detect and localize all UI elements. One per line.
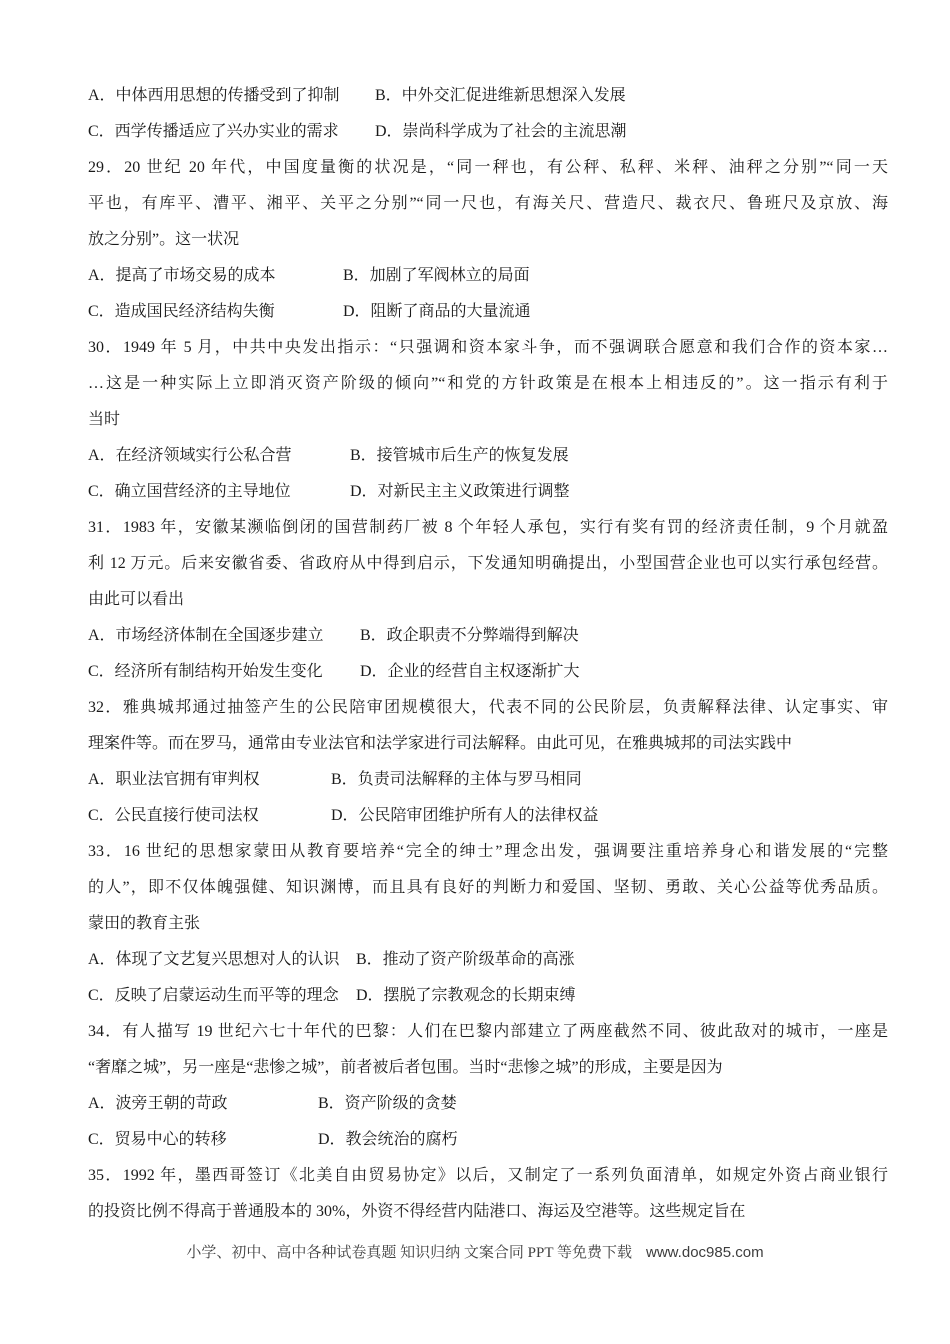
q32-option-a: A．职业法官拥有审判权 — [88, 771, 260, 788]
q28-option-b: B．中外交汇促进维新思想深入发展 — [375, 78, 626, 114]
q32-option-d: D．公民陪审团维护所有人的法律权益 — [331, 798, 599, 834]
q30-option-b: B．接管城市后生产的恢复发展 — [350, 438, 569, 474]
q28-option-a: A．中体西用思想的传播受到了抑制 — [88, 87, 340, 104]
q33-option-a: A．体现了文艺复兴思想对人的认识 — [88, 951, 340, 968]
q34-option-d: D．教会统治的腐朽 — [318, 1122, 458, 1158]
footer-site-url: www.doc985.com — [646, 1244, 764, 1261]
footer-promo-text: 小学、初中、高中各种试卷真题 知识归纳 文案合同 PPT 等免费下载 — [186, 1245, 632, 1261]
q30-option-c: C．确立国营经济的主导地位 — [88, 483, 291, 500]
q28-options-row-ab: A．中体西用思想的传播受到了抑制 B．中外交汇促进维新思想深入发展 — [88, 78, 888, 114]
q33-stem-line-1: 33．16 世纪的思想家蒙田从教育要培养“完全的绅士”理念出发，强调要注重培养身… — [88, 834, 888, 870]
q33-option-b: B．推动了资产阶级革命的高涨 — [356, 942, 575, 978]
q33-options-row-ab: A．体现了文艺复兴思想对人的认识 B．推动了资产阶级革命的高涨 — [88, 942, 888, 978]
q31-option-d: D．企业的经营自主权逐渐扩大 — [360, 654, 580, 690]
q31-options-row-ab: A．市场经济体制在全国逐步建立 B．政企职责不分弊端得到解决 — [88, 618, 888, 654]
q30-options-row-ab: A．在经济领域实行公私合营 B．接管城市后生产的恢复发展 — [88, 438, 888, 474]
q29-options-row-ab: A．提高了市场交易的成本 B．加剧了军阀林立的局面 — [88, 258, 888, 294]
q34-stem-line-1: 34．有人描写 19 世纪六七十年代的巴黎：人们在巴黎内部建立了两座截然不同、彼… — [88, 1014, 888, 1050]
q30-options-row-cd: C．确立国营经济的主导地位 D．对新民主主义政策进行调整 — [88, 474, 888, 510]
q31-stem-line-3: 由此可以看出 — [88, 582, 888, 618]
q29-options-row-cd: C．造成国民经济结构失衡 D．阻断了商品的大量流通 — [88, 294, 888, 330]
q29-stem-line-2: 平也，有库平、漕平、湘平、关平之分别”“同一尺也，有海关尺、营造尺、裁衣尺、鲁班… — [88, 186, 888, 222]
q32-option-c: C．公民直接行使司法权 — [88, 807, 259, 824]
q28-option-c: C．西学传播适应了兴办实业的需求 — [88, 123, 339, 140]
q30-stem-line-2: …这是一种实际上立即消灭资产阶级的倾向”“和党的方针政策是在根本上相违反的”。这… — [88, 366, 888, 402]
q32-stem-line-1: 32．雅典城邦通过抽签产生的公民陪审团规模很大，代表不同的公民阶层，负责解释法律… — [88, 690, 888, 726]
q33-stem-line-2: 的人”，即不仅体魄强健、知识渊博，而且具有良好的判断力和爱国、坚韧、勇敢、关心公… — [88, 870, 888, 906]
q34-options-row-ab: A．波旁王朝的苛政 B．资产阶级的贪婪 — [88, 1086, 888, 1122]
q33-options-row-cd: C．反映了启蒙运动生而平等的理念 D．摆脱了宗教观念的长期束缚 — [88, 978, 888, 1014]
q28-option-d: D．崇尚科学成为了社会的主流思潮 — [375, 114, 627, 150]
q35-stem-line-1: 35．1992 年，墨西哥签订《北美自由贸易协定》以后，又制定了一系列负面清单，… — [88, 1158, 888, 1194]
q29-stem-line-1: 29．20 世纪 20 年代，中国度量衡的状况是，“同一秤也，有公秤、私秤、米秤… — [88, 150, 888, 186]
q34-option-c: C．贸易中心的转移 — [88, 1131, 227, 1148]
q31-option-a: A．市场经济体制在全国逐步建立 — [88, 627, 324, 644]
q34-option-b: B．资产阶级的贪婪 — [318, 1086, 457, 1122]
q30-option-a: A．在经济领域实行公私合营 — [88, 447, 292, 464]
q32-options-row-cd: C．公民直接行使司法权 D．公民陪审团维护所有人的法律权益 — [88, 798, 888, 834]
q29-stem-line-3: 放之分别”。这一状况 — [88, 222, 888, 258]
q29-option-c: C．造成国民经济结构失衡 — [88, 303, 275, 320]
exam-text-block: A．中体西用思想的传播受到了抑制 B．中外交汇促进维新思想深入发展 C．西学传播… — [88, 78, 888, 1230]
q32-options-row-ab: A．职业法官拥有审判权 B．负责司法解释的主体与罗马相同 — [88, 762, 888, 798]
q34-options-row-cd: C．贸易中心的转移 D．教会统治的腐朽 — [88, 1122, 888, 1158]
q32-option-b: B．负责司法解释的主体与罗马相同 — [331, 762, 582, 798]
q30-option-d: D．对新民主主义政策进行调整 — [350, 474, 570, 510]
q35-stem-line-2: 的投资比例不得高于普通股本的 30%，外资不得经营内陆港口、海运及空港等。这些规… — [88, 1194, 888, 1230]
q33-option-c: C．反映了启蒙运动生而平等的理念 — [88, 987, 339, 1004]
page-footer: 小学、初中、高中各种试卷真题 知识归纳 文案合同 PPT 等免费下载www.do… — [0, 1243, 950, 1263]
q31-option-c: C．经济所有制结构开始发生变化 — [88, 663, 323, 680]
q31-options-row-cd: C．经济所有制结构开始发生变化 D．企业的经营自主权逐渐扩大 — [88, 654, 888, 690]
q33-stem-line-3: 蒙田的教育主张 — [88, 906, 888, 942]
q30-stem-line-3: 当时 — [88, 402, 888, 438]
q29-option-a: A．提高了市场交易的成本 — [88, 267, 276, 284]
q29-option-d: D．阻断了商品的大量流通 — [343, 294, 531, 330]
q34-stem-line-2: “奢靡之城”，另一座是“悲惨之城”，前者被后者包围。当时“悲惨之城”的形成，主要… — [88, 1050, 888, 1086]
q31-stem-line-1: 31．1983 年，安徽某濒临倒闭的国营制药厂被 8 个年轻人承包，实行有奖有罚… — [88, 510, 888, 546]
q28-options-row-cd: C．西学传播适应了兴办实业的需求 D．崇尚科学成为了社会的主流思潮 — [88, 114, 888, 150]
q34-option-a: A．波旁王朝的苛政 — [88, 1095, 228, 1112]
q31-option-b: B．政企职责不分弊端得到解决 — [360, 618, 579, 654]
q29-option-b: B．加剧了军阀林立的局面 — [343, 258, 530, 294]
q31-stem-line-2: 利 12 万元。后来安徽省委、省政府从中得到启示，下发通知明确提出，小型国营企业… — [88, 546, 888, 582]
q33-option-d: D．摆脱了宗教观念的长期束缚 — [356, 978, 576, 1014]
document-page: A．中体西用思想的传播受到了抑制 B．中外交汇促进维新思想深入发展 C．西学传播… — [0, 0, 950, 1344]
q30-stem-line-1: 30．1949 年 5 月，中共中央发出指示：“只强调和资本家斗争，而不强调联合… — [88, 330, 888, 366]
q32-stem-line-2: 理案件等。而在罗马，通常由专业法官和法学家进行司法解释。由此可见，在雅典城邦的司… — [88, 726, 888, 762]
